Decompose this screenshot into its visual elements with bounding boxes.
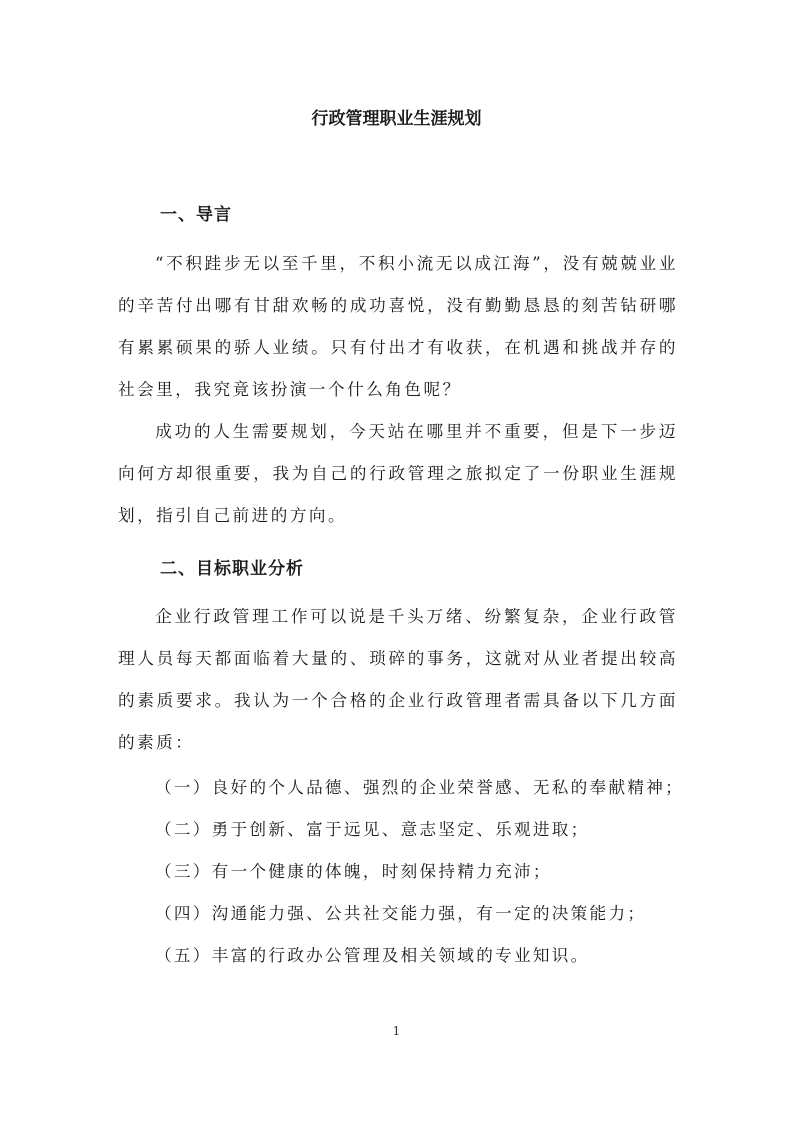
paragraph-introduction-2: 成功的人生需要规划，今天站在哪里并不重要，但是下一步迈向何方却很重要，我为自己的… [118,411,678,537]
paragraph-text: “不积跬步无以至千里，不积小流无以成江海”，没有兢兢业业的辛苦付出哪有甘甜欢畅的… [118,254,678,399]
list-item: （四）沟通能力强、公共社交能力强，有一定的决策能力； [155,900,646,924]
paragraph-text: 成功的人生需要规划，今天站在哪里并不重要，但是下一步迈向何方却很重要，我为自己的… [118,422,678,525]
list-item: （五）丰富的行政办公管理及相关领域的专业知识。 [155,942,590,966]
list-item: （二）勇于创新、富于远见、意志坚定、乐观进取； [155,816,590,840]
page-number: 1 [0,1024,793,1038]
paragraph-introduction-1: “不积跬步无以至千里，不积小流无以成江海”，没有兢兢业业的辛苦付出哪有甘甜欢畅的… [118,243,678,411]
list-item: （一）良好的个人品德、强烈的企业荣誉感、无私的奉献精神； [155,774,684,798]
document-title: 行政管理职业生涯规划 [0,104,793,129]
paragraph-target-career-1: 企业行政管理工作可以说是千头万绪、纷繁复杂，企业行政管理人员每天都面临着大量的、… [118,596,678,764]
document-page: 行政管理职业生涯规划 一、导言 “不积跬步无以至千里，不积小流无以成江海”，没有… [0,0,793,1122]
section-heading-target-career: 二、目标职业分析 [160,554,304,579]
section-heading-introduction: 一、导言 [160,200,232,225]
paragraph-text: 企业行政管理工作可以说是千头万绪、纷繁复杂，企业行政管理人员每天都面临着大量的、… [118,607,678,752]
list-item: （三）有一个健康的体魄，时刻保持精力充沛； [155,858,552,882]
